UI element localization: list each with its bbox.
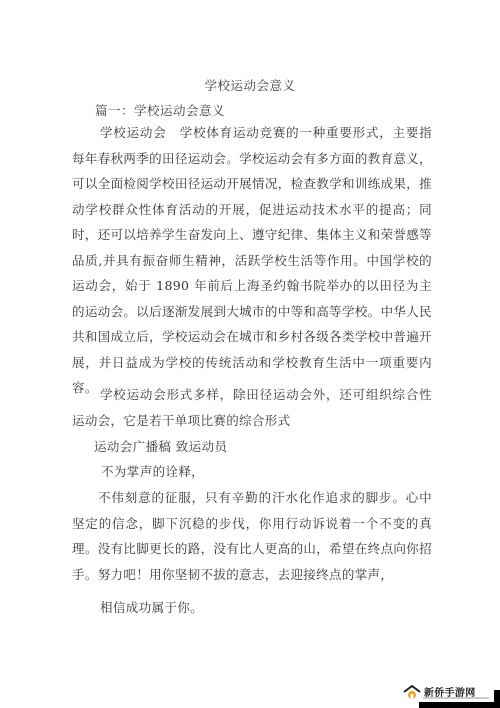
watermark-subtext-line xyxy=(423,697,489,699)
house-roof-logo-icon xyxy=(403,684,421,698)
broadcast-line: 不为掌声的诠释， xyxy=(101,462,204,480)
closing-line: 相信成功属于你。 xyxy=(100,598,203,616)
paragraph-forms: 学校运动会形式多样，除田径运动会外，还可组织综合性运动会，它是若干单项比赛的综合… xyxy=(72,382,432,433)
broadcast-heading: 运动会广播稿 致运动员 xyxy=(94,437,227,455)
document-title: 学校运动会意义 xyxy=(0,76,500,94)
paragraph-intro: 学校运动会 学校体育运动竞赛的一种重要形式，主要指每年春秋两季的田径运动会。学校… xyxy=(72,120,432,401)
section-heading: 篇一：学校运动会意义 xyxy=(95,101,225,119)
document-page: 学校运动会意义 篇一：学校运动会意义 学校运动会 学校体育运动竞赛的一种重要形式… xyxy=(0,0,500,708)
broadcast-paragraph: 不伟刻意的征服，只有辛勤的汗水化作追求的脚步。心中坚定的信念，脚下沉稳的步伐，你… xyxy=(72,485,432,587)
site-watermark: 新侨手游网 xyxy=(401,680,500,708)
